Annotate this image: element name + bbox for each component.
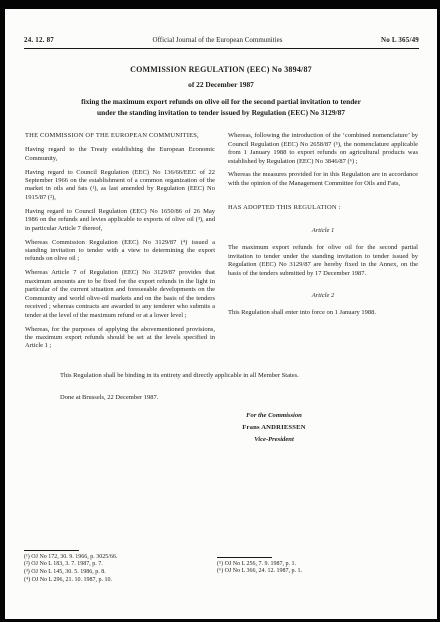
regulation-title-block: COMMISSION REGULATION (EEC) No 3894/87 o…	[51, 65, 391, 118]
recital-1: Whereas Commission Regulation (EEC) No 3…	[25, 239, 215, 264]
header-journal-title: Official Journal of the European Communi…	[153, 36, 283, 44]
footnotes-right: (⁵) OJ No L 256, 7. 9. 1987, p. 1. (⁶) O…	[217, 557, 407, 576]
footnote-6: (⁶) OJ No L 366, 24. 12. 1987, p. 1.	[217, 568, 407, 576]
recital-5: Whereas the measures provided for in thi…	[228, 171, 418, 188]
regulation-title: COMMISSION REGULATION (EEC) No 3894/87	[51, 65, 391, 74]
page-header: 24. 12. 87 Official Journal of the Europ…	[24, 36, 419, 49]
body-columns: THE COMMISSION OF THE EUROPEAN COMMUNITI…	[25, 132, 418, 356]
citation-regulation-1650-86: Having regard to Council Regulation (EEC…	[25, 208, 215, 233]
citation-regulation-136-66: Having regard to Council Regulation (EEC…	[25, 169, 215, 203]
place-date-line: Done at Brussels, 22 December 1987.	[60, 394, 387, 403]
article-2-body: This Regulation shall enter into force o…	[228, 309, 418, 317]
footnote-rule	[24, 550, 79, 551]
signatory-name: Frans ANDRIESSEN	[203, 424, 345, 433]
closing-block: This Regulation shall be binding in its …	[60, 372, 387, 403]
header-issue-number: No L 365/49	[381, 36, 419, 44]
document-page: 24. 12. 87 Official Journal of the Europ…	[0, 0, 440, 622]
binding-statement: This Regulation shall be binding in its …	[60, 372, 387, 381]
signature-block: For the Commission Frans ANDRIESSEN Vice…	[203, 412, 345, 445]
citation-treaty: Having regard to the Treaty establishing…	[25, 146, 215, 163]
left-column: THE COMMISSION OF THE EUROPEAN COMMUNITI…	[25, 132, 215, 356]
footnote-4: (⁴) OJ No L 296, 21. 10. 1987, p. 10.	[24, 577, 214, 585]
signature-on-behalf: For the Commission	[203, 412, 345, 421]
recital-4: Whereas, following the introduction of t…	[228, 132, 418, 166]
recital-3: Whereas, for the purposes of applying th…	[25, 326, 215, 351]
article-1-body: The maximum export refunds for olive oil…	[228, 244, 418, 278]
footnote-rule	[217, 557, 272, 558]
article-2-heading: Article 2	[228, 292, 418, 300]
footnotes-left: (¹) OJ No 172, 30. 9. 1966, p. 3025/66. …	[24, 550, 214, 584]
footnote-2: (²) OJ No L 183, 3. 7. 1987, p. 7.	[24, 561, 214, 569]
regulation-date: of 22 December 1987	[51, 80, 391, 89]
signatory-title: Vice-President	[203, 436, 345, 445]
right-column: Whereas, following the introduction of t…	[228, 132, 418, 356]
article-1-heading: Article 1	[228, 227, 418, 235]
recital-2: Whereas Article 7 of Regulation (EEC) No…	[25, 269, 215, 320]
footnote-3: (³) OJ No L 145, 30. 5. 1986, p. 8.	[24, 569, 214, 577]
enacting-formula: HAS ADOPTED THIS REGULATION :	[228, 204, 418, 212]
regulation-subject: fixing the maximum export refunds on oli…	[51, 96, 391, 118]
header-date: 24. 12. 87	[24, 36, 54, 44]
preamble-opening: THE COMMISSION OF THE EUROPEAN COMMUNITI…	[25, 132, 215, 140]
